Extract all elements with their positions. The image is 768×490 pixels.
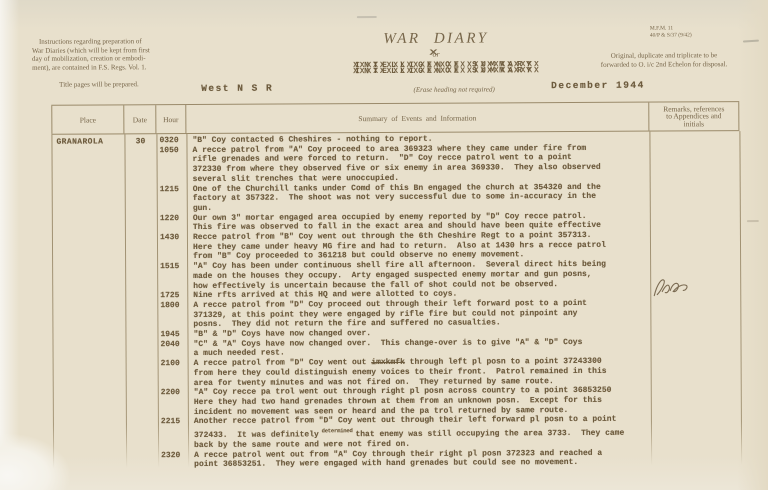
- column-header-hour: Hour: [156, 105, 186, 133]
- diary-entry: 1220Our own 3" mortar engaged area occup…: [157, 211, 650, 233]
- handwritten-initials-signature: [650, 275, 696, 301]
- table-body: GRANAROLA 30 0320"B" Coy contacted 6 Che…: [51, 131, 741, 472]
- diary-entry: 1515"A" Coy has been under continuous sh…: [157, 260, 650, 292]
- diary-entry: 1800A recce patrol from "D" Coy proceed …: [157, 299, 650, 331]
- entry-text-segment: A recce patrol from "D" Coy went out: [194, 358, 372, 368]
- entry-text-segment: A recce patrol from "D" Coy proceed out …: [193, 299, 587, 329]
- entry-text: "A" Coy has been under continuous shell …: [187, 260, 650, 292]
- entry-text-segment: "A" Coy has been under continuous shell …: [193, 260, 606, 291]
- table-rule: [124, 134, 127, 471]
- entry-text: "C" & "A" Coys have now changed over. Th…: [187, 337, 650, 359]
- entry-hour: 1215: [157, 185, 187, 195]
- entries: 0320"B" Coy contacted 6 Cheshires - noth…: [156, 134, 651, 470]
- erase-heading-note: (Erase heading not required): [395, 85, 513, 94]
- entry-hour: 2215: [158, 417, 188, 427]
- entry-text: A recce patrol from "A" Coy proceed to a…: [186, 143, 649, 184]
- entry-text-segment: "A" Coy recce pa trol went out through r…: [194, 386, 612, 417]
- entry-hour: 1430: [157, 233, 187, 243]
- entry-text-sup-segment: determined: [322, 427, 353, 434]
- diary-entry: 1430Recce patrol from "B" Coy went out t…: [157, 231, 650, 263]
- table-header-row: Place Date Hour Summary of Events and In…: [51, 101, 739, 135]
- diary-entry: 2200"A" Coy recce pa trol went out throu…: [158, 386, 651, 418]
- war-diary-scanned-page: Instructions regarding preparation of Wa…: [0, 0, 768, 490]
- diary-entry: 2320A recce patrol went out from "A" Coy…: [158, 448, 651, 470]
- or-x-overtype: X: [429, 49, 437, 58]
- entry-text-segment: "B" Coy contacted 6 Cheshires - nothing …: [192, 135, 432, 145]
- place-value: GRANAROLA: [56, 137, 103, 146]
- instructions-note: Instructions regarding preparation of Wa…: [32, 37, 240, 72]
- entry-text-segment: Recce patrol from "B" Coy went out throu…: [193, 231, 606, 261]
- pencil-dash-mark: [743, 40, 759, 43]
- scan-smudge-mark: [357, 16, 377, 18]
- entry-hour: 1725: [157, 291, 187, 301]
- column-header-place: Place: [51, 105, 124, 133]
- entry-text-segment: Our own 3" mortar engaged area occupied …: [193, 212, 601, 233]
- entry-hour: 2100: [158, 359, 188, 369]
- entry-text: A recce patrol went out from "A" Coy thr…: [188, 448, 651, 470]
- entry-text: Recce patrol from "B" Coy went out throu…: [187, 231, 650, 263]
- title-pages-note: Title pages will be prepared.: [59, 80, 139, 88]
- diary-entry: 2215Another recce patrol from "D" Coy we…: [158, 415, 651, 451]
- entry-hour: 2040: [157, 340, 187, 350]
- entry-text-segment: One of the Churchill tanks under Comd of…: [193, 182, 601, 213]
- entry-hour: 1945: [157, 330, 187, 340]
- entry-hour: 1515: [157, 262, 187, 272]
- table-rule: [51, 135, 54, 472]
- intelligence-summary-struck-heading: INTELLIGENCE SUMMARY XXXXXXXXXXXXXXXXXXX…: [355, 60, 585, 77]
- pencil-dash-mark: [747, 220, 759, 222]
- entry-text: Another recce patrol from "D" Coy went o…: [188, 415, 651, 451]
- entry-text: One of the Churchill tanks under Comd of…: [187, 182, 650, 214]
- column-header-remarks: Remarks, references to Appendices and in…: [649, 102, 739, 130]
- month-year-typed: December 1944: [551, 80, 645, 91]
- entry-hour: 1800: [157, 301, 187, 311]
- column-header-summary: Summary of Events and Information: [186, 103, 649, 133]
- entry-hour: 2200: [158, 388, 188, 398]
- entry-hour: 0320: [156, 136, 186, 146]
- entry-text-segment: "B" & "D" Coys have now changed over.: [193, 329, 371, 339]
- entry-hour: 1220: [157, 214, 187, 224]
- entry-text: A recce patrol from "D" Coy went out imx…: [188, 357, 651, 389]
- date-value: 30: [124, 137, 156, 146]
- diary-entry: 1215One of the Churchill tanks under Com…: [157, 182, 650, 214]
- entry-text: Our own 3" mortar engaged area occupied …: [187, 211, 650, 233]
- entry-text-segment: A recce patrol went out from "A" Coy thr…: [194, 448, 602, 469]
- column-header-date: Date: [124, 105, 156, 133]
- table-rule: [739, 131, 742, 468]
- or-word-struck: or X: [346, 49, 526, 59]
- diary-entry: 2100A recce patrol from "D" Coy went out…: [158, 357, 651, 389]
- entry-text-segment: "C" & "A" Coys have now changed over. Th…: [193, 338, 582, 359]
- diary-entry: 2040"C" & "A" Coys have now changed over…: [157, 337, 650, 359]
- unit-name-typed: West N S R: [201, 83, 273, 94]
- form-reference-number: M.F.M. 11 40/P & S/37 (9/42): [650, 25, 692, 38]
- entry-hour: 2320: [158, 451, 188, 461]
- entry-text-segment: Nine rfts arrived at this HQ and were al…: [193, 290, 457, 300]
- war-diary-table: Place Date Hour Summary of Events and In…: [51, 101, 741, 471]
- entry-hour: 1050: [156, 146, 186, 156]
- diary-entry: 1050A recce patrol from "A" Coy proceed …: [156, 143, 649, 184]
- entry-text: "A" Coy recce pa trol went out through r…: [188, 386, 651, 418]
- document-content: Instructions regarding preparation of Wa…: [0, 0, 768, 490]
- entry-text: A recce patrol from "D" Coy proceed out …: [187, 299, 650, 331]
- entry-text-strike-segment: imxkmfk: [371, 358, 405, 367]
- disposal-instructions: Original, duplicate and triplicate to be…: [583, 51, 745, 69]
- struck-line: INTELLIGENCE SUMMARY XXXXXXXXXXXXXXXXXXX…: [355, 66, 585, 75]
- entry-text-segment: A recce patrol from "A" Coy proceed to a…: [192, 144, 600, 184]
- page-title: WAR DIARY: [346, 30, 526, 48]
